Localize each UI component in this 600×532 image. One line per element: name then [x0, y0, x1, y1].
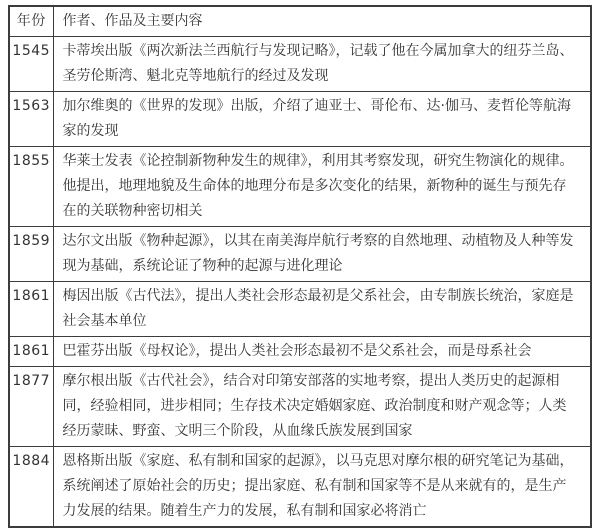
content-column-header: 作者、作品及主要内容 [53, 6, 591, 37]
table-row: 1563 加尔维奥的《世界的发现》出版，介绍了迪亚士、哥伦布、达·伽马、麦哲伦等… [9, 92, 591, 147]
content-cell: 华莱士发表《论控制新物种发生的规律》，利用其考察发现，研究生物演化的规律。他提出… [53, 147, 591, 227]
content-cell: 恩格斯出版《家庭、私有制和国家的起源》，以马克思对摩尔根的研究笔记为基础，系统阐… [53, 447, 591, 528]
table-row: 1877 摩尔根出版《古代社会》，结合对印第安部落的实地考察，提出人类历史的起源… [9, 367, 591, 447]
page: 年份 作者、作品及主要内容 1545 卡蒂埃出版《两次新法兰西航行与发现记略》，… [0, 0, 600, 532]
year-cell: 1861 [9, 337, 53, 367]
table-header-row: 年份 作者、作品及主要内容 [9, 6, 591, 37]
year-cell: 1859 [9, 227, 53, 282]
content-cell: 卡蒂埃出版《两次新法兰西航行与发现记略》，记载了他在今属加拿大的纽芬兰岛、圣劳伦… [53, 37, 591, 92]
table-row: 1855 华莱士发表《论控制新物种发生的规律》，利用其考察发现，研究生物演化的规… [9, 147, 591, 227]
history-table: 年份 作者、作品及主要内容 1545 卡蒂埃出版《两次新法兰西航行与发现记略》，… [8, 5, 592, 528]
year-cell: 1563 [9, 92, 53, 147]
year-cell: 1877 [9, 367, 53, 447]
table-row: 1859 达尔文出版《物种起源》，以其在南美海岸航行考察的自然地理、动植物及人种… [9, 227, 591, 282]
content-cell: 梅因出版《古代法》，提出人类社会形态最初是父系社会，由专制族长统治，家庭是社会基… [53, 282, 591, 337]
year-cell: 1855 [9, 147, 53, 227]
table-row: 1861 巴霍芬出版《母权论》，提出人类社会形态最初不是父系社会，而是母系社会 [9, 337, 591, 367]
content-cell: 达尔文出版《物种起源》，以其在南美海岸航行考察的自然地理、动植物及人种等发现为基… [53, 227, 591, 282]
table-row: 1861 梅因出版《古代法》，提出人类社会形态最初是父系社会，由专制族长统治，家… [9, 282, 591, 337]
table-row: 1545 卡蒂埃出版《两次新法兰西航行与发现记略》，记载了他在今属加拿大的纽芬兰… [9, 37, 591, 92]
table-row: 1884 恩格斯出版《家庭、私有制和国家的起源》，以马克思对摩尔根的研究笔记为基… [9, 447, 591, 528]
year-cell: 1884 [9, 447, 53, 528]
content-cell: 巴霍芬出版《母权论》，提出人类社会形态最初不是父系社会，而是母系社会 [53, 337, 591, 367]
content-cell: 加尔维奥的《世界的发现》出版，介绍了迪亚士、哥伦布、达·伽马、麦哲伦等航海家的发… [53, 92, 591, 147]
year-column-header: 年份 [9, 6, 53, 37]
year-cell: 1861 [9, 282, 53, 337]
year-cell: 1545 [9, 37, 53, 92]
content-cell: 摩尔根出版《古代社会》，结合对印第安部落的实地考察，提出人类历史的起源相同，经验… [53, 367, 591, 447]
